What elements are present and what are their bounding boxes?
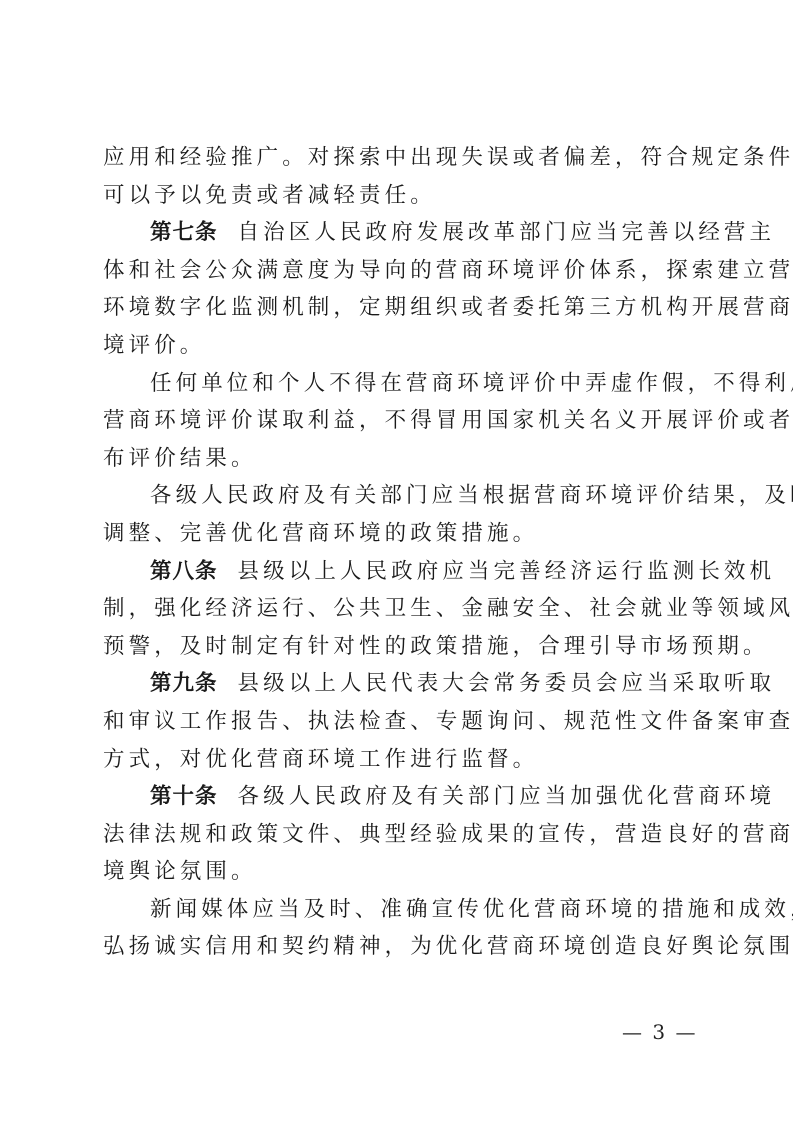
text-line: 方式，对优化营商环境工作进行监督。 (103, 741, 691, 779)
text-line: 和审议工作报告、执法检查、专题询问、规范性文件备案审查等 (103, 703, 691, 741)
text-line: 营商环境评价谋取利益，不得冒用国家机关名义开展评价或者发 (103, 402, 691, 440)
text-line: 预警，及时制定有针对性的政策措施，合理引导市场预期。 (103, 628, 691, 666)
text-line: 弘扬诚实信用和契约精神，为优化营商环境创造良好舆论氛围。 (103, 928, 691, 966)
article-10-first-line: 第十条各级人民政府及有关部门应当加强优化营商环境 (103, 778, 691, 816)
text-line: 自治区人民政府发展改革部门应当完善以经营主 (238, 220, 776, 245)
article-9-first-line: 第九条县级以上人民代表大会常务委员会应当采取听取 (103, 665, 691, 703)
article-number: 第九条 (150, 671, 218, 696)
text-line: 县级以上人民政府应当完善经济运行监测长效机 (238, 559, 776, 584)
text-line: 县级以上人民代表大会常务委员会应当采取听取 (238, 671, 776, 696)
article-number: 第七条 (150, 220, 218, 245)
document-body: 应用和经验推广。对探索中出现失误或者偏差，符合规定条件的， 可以予以免责或者减轻… (103, 139, 691, 966)
text-line: 制，强化经济运行、公共卫生、金融安全、社会就业等领域风险 (103, 590, 691, 628)
text-line: 各级人民政府及有关部门应当根据营商环境评价结果，及时 (103, 477, 691, 515)
text-line: 布评价结果。 (103, 440, 691, 478)
document-page: 应用和经验推广。对探索中出现失误或者偏差，符合规定条件的， 可以予以免责或者减轻… (0, 0, 793, 1122)
text-line: 调整、完善优化营商环境的政策措施。 (103, 515, 691, 553)
text-line: 新闻媒体应当及时、准确宣传优化营商环境的措施和成效， (103, 891, 691, 929)
text-line: 法律法规和政策文件、典型经验成果的宣传，营造良好的营商环 (103, 816, 691, 854)
article-8-first-line: 第八条县级以上人民政府应当完善经济运行监测长效机 (103, 553, 691, 591)
text-line: 境评价。 (103, 327, 691, 365)
text-line: 环境数字化监测机制，定期组织或者委托第三方机构开展营商环 (103, 289, 691, 327)
text-line: 任何单位和个人不得在营商环境评价中弄虚作假，不得利用 (103, 365, 691, 403)
text-line: 各级人民政府及有关部门应当加强优化营商环境 (238, 784, 776, 809)
text-line: 体和社会公众满意度为导向的营商环境评价体系，探索建立营商 (103, 252, 691, 290)
article-number: 第八条 (150, 559, 218, 584)
text-line: 应用和经验推广。对探索中出现失误或者偏差，符合规定条件的， (103, 139, 691, 177)
page-number: — 3 — (622, 1020, 697, 1044)
text-line: 可以予以免责或者减轻责任。 (103, 177, 691, 215)
article-number: 第十条 (150, 784, 218, 809)
article-7-first-line: 第七条自治区人民政府发展改革部门应当完善以经营主 (103, 214, 691, 252)
text-line: 境舆论氛围。 (103, 853, 691, 891)
